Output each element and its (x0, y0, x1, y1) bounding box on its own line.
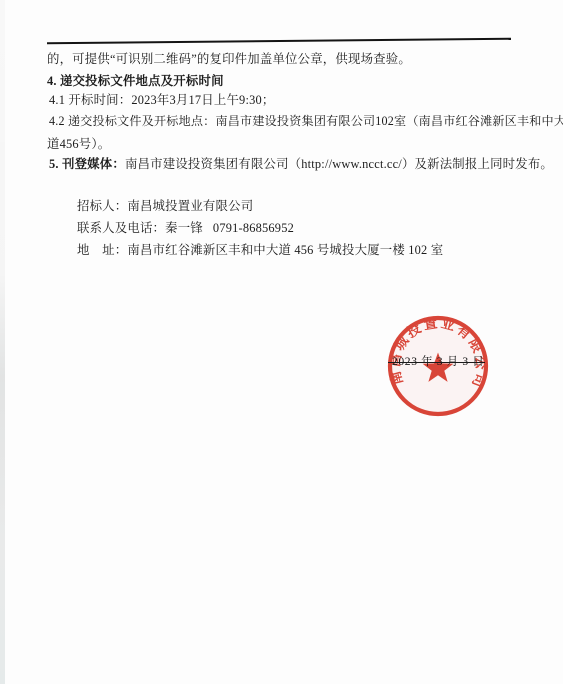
section5-label: 5. 刊登媒体： (49, 157, 125, 171)
tenderer-line: 招标人：南昌城投置业有限公司 (77, 196, 253, 214)
phone-label: 联系人及电话： (77, 221, 165, 235)
address-label: 地 址： (77, 243, 127, 257)
intro-paragraph: 的，可提供“可识别二维码”的复印件加盖单位公章，供现场查验。 (47, 49, 411, 67)
scanned-document-page: 的，可提供“可识别二维码”的复印件加盖单位公章，供现场查验。 4. 递交投标文件… (0, 0, 563, 684)
tenderer-name: 南昌城投置业有限公司 (127, 199, 253, 213)
section5-text: 南昌市建设投资集团有限公司（http://www.ncct.cc/）及新法制报上… (125, 157, 553, 171)
section5-media-line: 5. 刊登媒体：南昌市建设投资集团有限公司（http://www.ncct.cc… (49, 154, 553, 172)
address-line: 地 址：南昌市红谷滩新区丰和中大道 456 号城投大厦一楼 102 室 (77, 240, 443, 258)
item-4-1-open-time: 4.1 开标时间：2023年3月17日上午9:30； (49, 90, 274, 108)
item-4-2-location-line1: 4.2 递交投标文件及开标地点：南昌市建设投资集团有限公司102室（南昌市红谷滩… (49, 112, 563, 129)
section-divider-rule (47, 38, 511, 44)
date-stamp-text: 2023 年 3 月 3 日 (392, 353, 484, 369)
phone-number: 0791-86856952 (213, 221, 294, 235)
contact-phone-line: 联系人及电话：秦一锋0791-86856952 (77, 218, 294, 236)
phone-contact-name: 秦一锋 (165, 221, 203, 235)
item-4-2-location-line2: 道456号）。 (47, 134, 110, 152)
tenderer-label: 招标人： (77, 199, 127, 213)
section4-heading: 4. 递交投标文件地点及开标时间 (47, 71, 224, 89)
date-strike-line (388, 362, 485, 363)
scan-edge-shadow (0, 0, 5, 684)
address-value: 南昌市红谷滩新区丰和中大道 456 号城投大厦一楼 102 室 (127, 243, 443, 257)
